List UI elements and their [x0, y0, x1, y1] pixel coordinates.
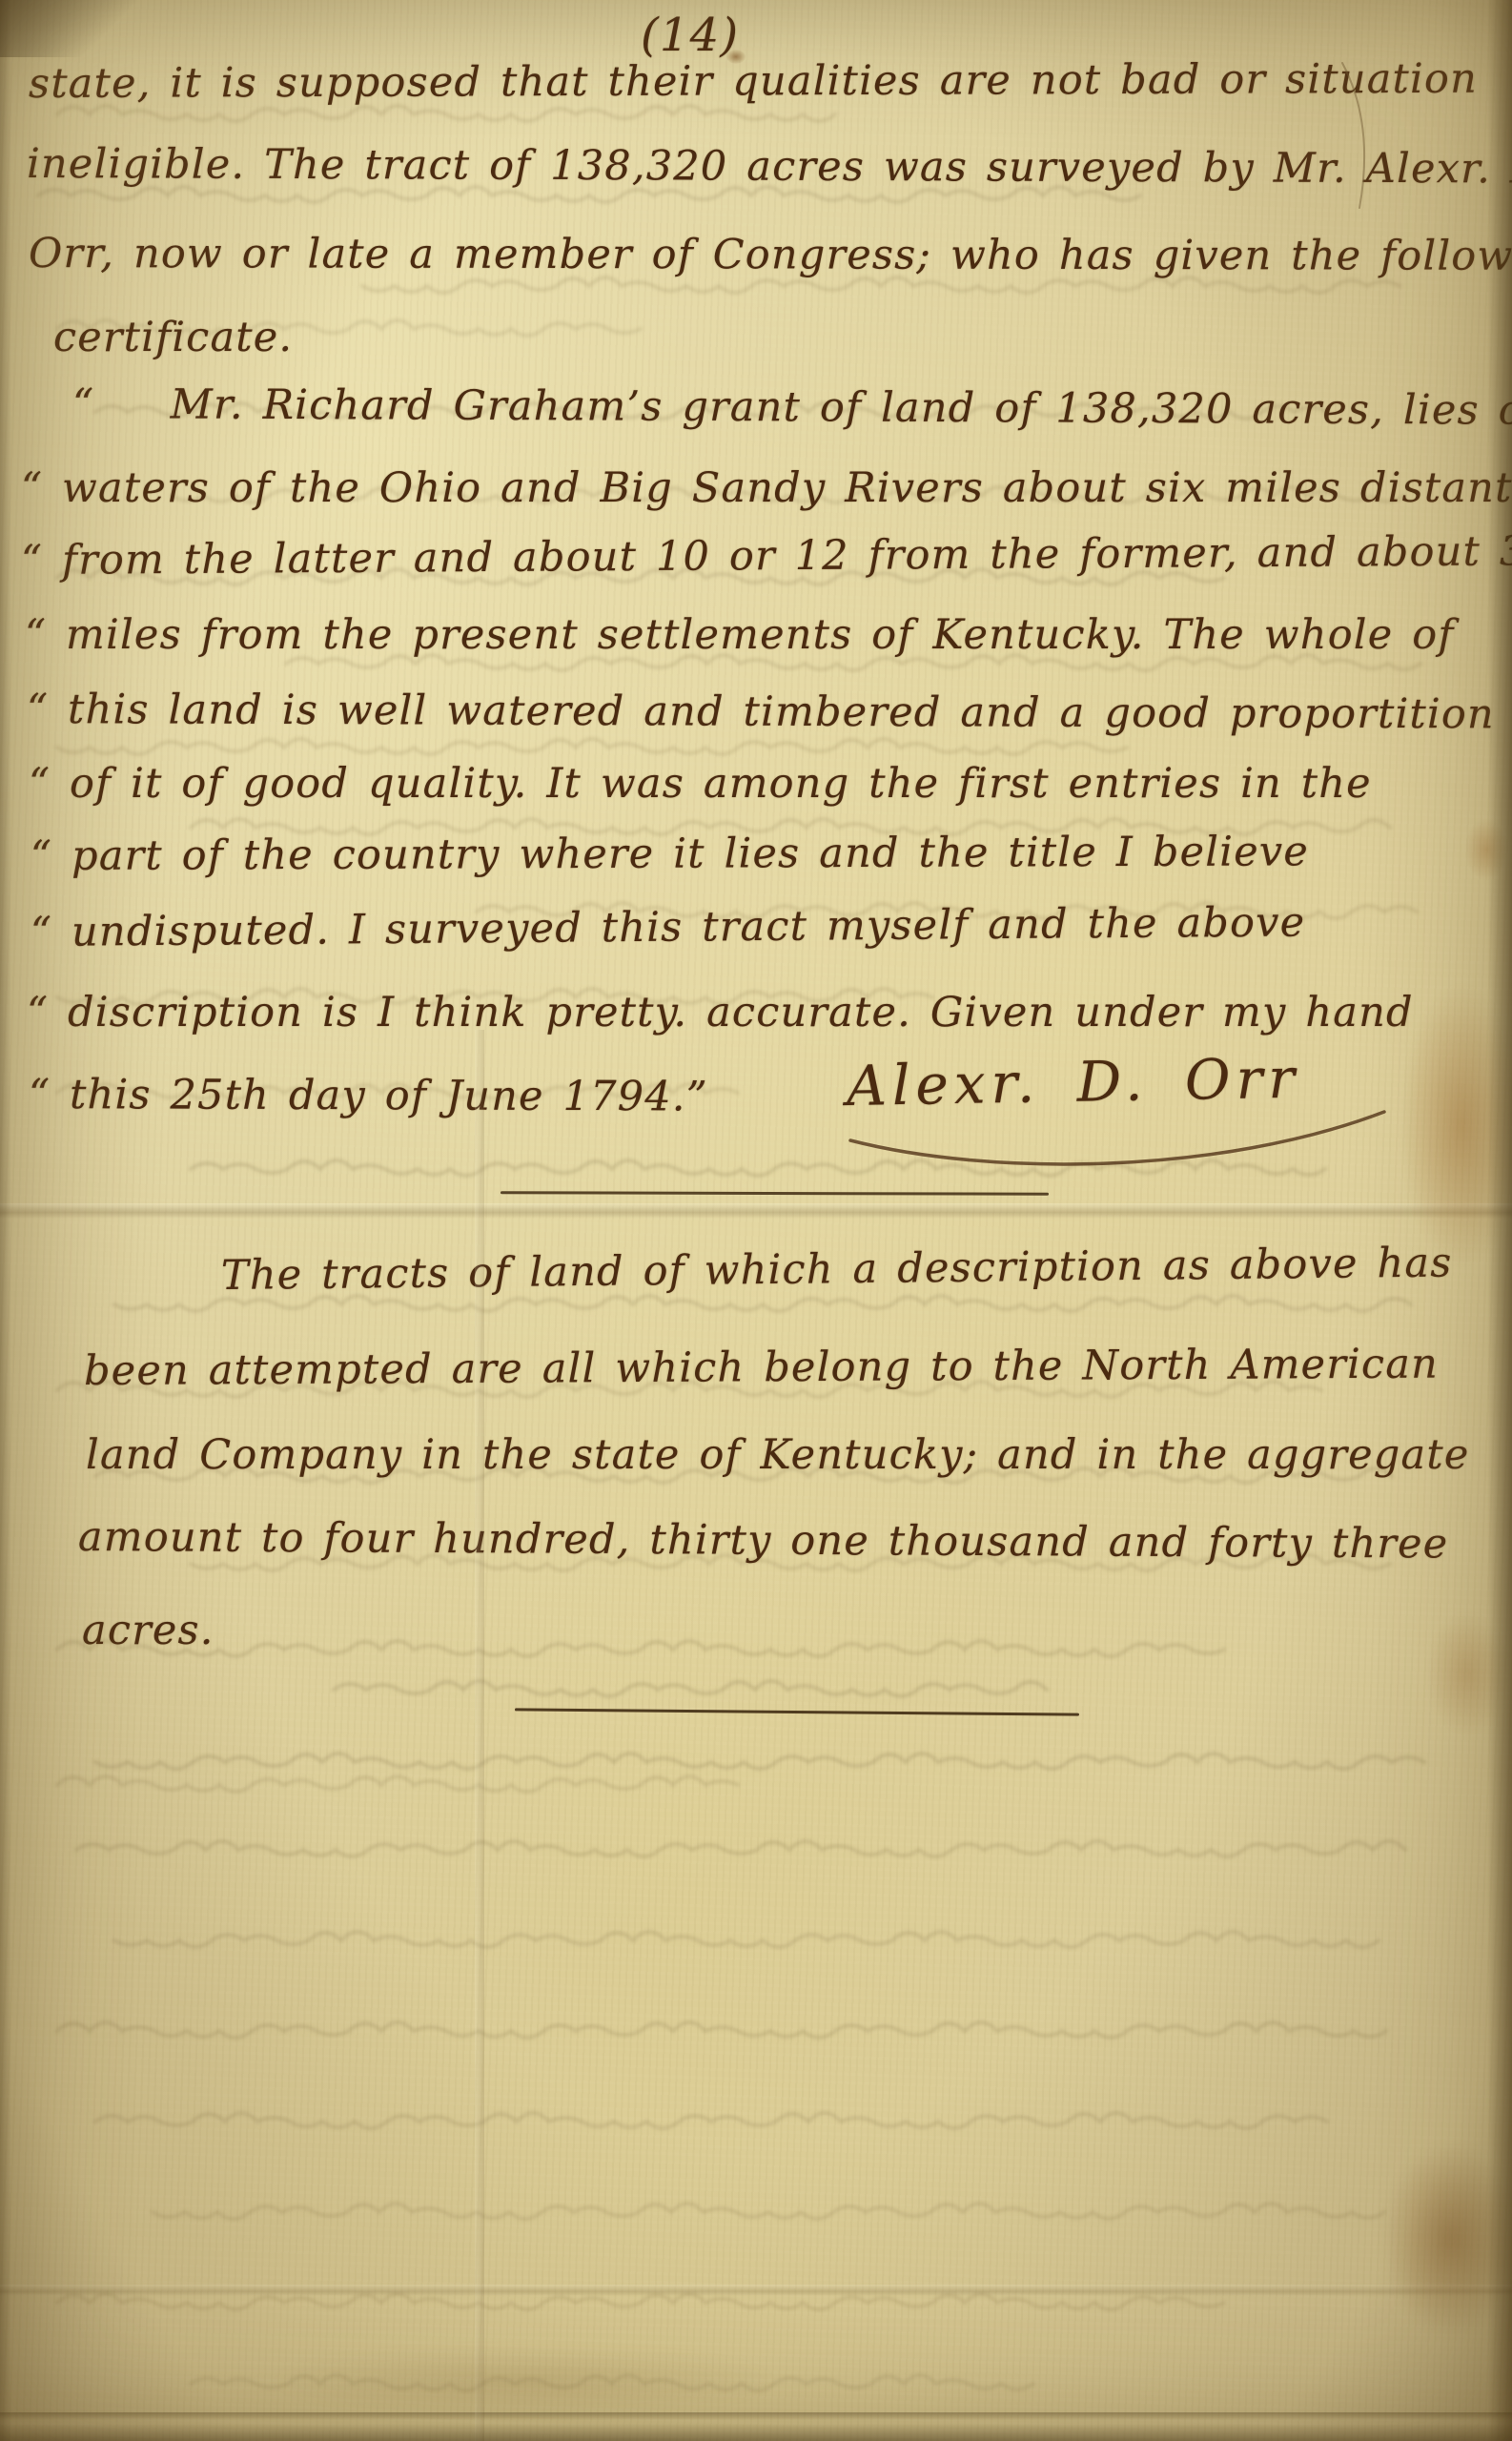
handwritten-quote-line: “ this 25th day of June 1794.” [29, 1072, 708, 1121]
handwritten-quote-line: “ discription is I think pretty. accurat… [27, 990, 1414, 1036]
fold-crease-horizontal [0, 2412, 1512, 2420]
signature-alex-d-orr: Alexr. D. Orr [846, 1047, 1300, 1118]
handwritten-line: been attempted are all which belong to t… [84, 1342, 1439, 1396]
bleed-through-ghost-writing [0, 0, 1512, 2441]
fold-crease-vertical [475, 1030, 484, 2441]
handwritten-quote-line: “ waters of the Ohio and Big Sandy River… [21, 465, 1512, 512]
divider-rule-bottom [515, 1708, 1079, 1715]
stain [1384, 2144, 1512, 2334]
page-edge-shadow [1487, 0, 1512, 2441]
fold-crease-horizontal [0, 1203, 1512, 1219]
handwritten-quote-line: “ miles from the present settlements of … [25, 612, 1454, 659]
stain [1400, 982, 1512, 1268]
handwritten-quote-line: “ part of the country where it lies and … [31, 829, 1309, 880]
handwritten-line: The tracts of land of which a descriptio… [221, 1240, 1453, 1300]
handwritten-line: Orr, now or late a member of Congress; w… [29, 231, 1512, 280]
handwritten-line: certificate. [53, 315, 293, 361]
handwritten-line: acres. [82, 1608, 215, 1654]
manuscript-page: (14) state, it is supposed that their qu… [0, 0, 1512, 2441]
handwritten-quote-line: “ undisputed. I surveyed this tract myse… [31, 899, 1306, 956]
stain [1426, 1611, 1508, 1735]
handwritten-line: ineligible. The tract of 138,320 acres w… [27, 141, 1512, 194]
handwritten-quote-line: “ this land is well watered and timbered… [27, 687, 1495, 739]
handwritten-line: amount to four hundred, thirty one thous… [78, 1514, 1449, 1569]
ink-flourish-marks [0, 0, 1512, 2441]
divider-rule-top [501, 1191, 1049, 1196]
page-corner-shadow [0, 0, 143, 57]
signature-flourish [850, 1112, 1384, 1164]
page-number: (14) [641, 10, 739, 62]
handwritten-line: land Company in the state of Kentucky; a… [86, 1432, 1470, 1479]
handwritten-quote-line: “ of it of good quality. It was among th… [29, 761, 1372, 808]
fold-crease-horizontal [0, 2285, 1512, 2296]
handwritten-quote-line: “ from the latter and about 10 or 12 fro… [21, 528, 1512, 585]
stain [276, 2348, 772, 2414]
page-edge-shadow [0, 0, 11, 2441]
page-edge-shadow [0, 2424, 1512, 2441]
stain [1464, 818, 1508, 881]
handwritten-line: state, it is supposed that their qualiti… [29, 56, 1478, 109]
handwritten-quote-line: “ Mr. Richard Graham’s grant of land of … [72, 381, 1512, 436]
